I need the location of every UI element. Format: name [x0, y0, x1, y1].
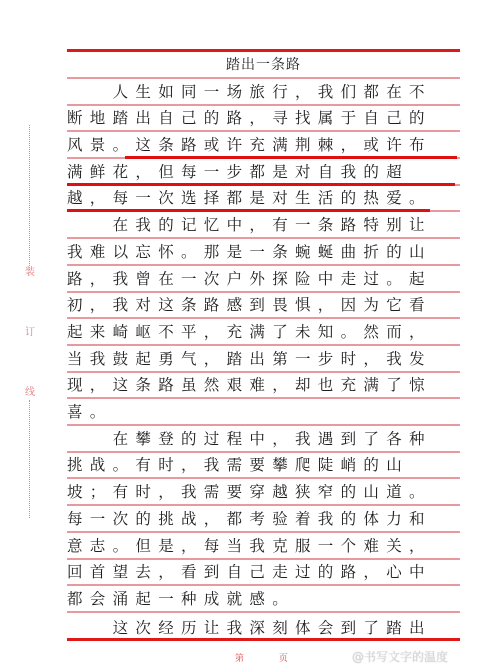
text-line-12: 现，这条路虽然艰难，却也充满了惊 [67, 373, 460, 400]
text-line-3: 风景。这条路或许充满荆棘，或许布 [67, 132, 460, 159]
binding-dotted-line-bottom [29, 400, 30, 518]
text-line-14: 在攀登的过程中，我遇到了各种 [67, 426, 460, 453]
text-line-4: 满鲜花，但每一步都是对自我的超 [67, 159, 460, 186]
text-line-17: 每一次的挑战，都考验着我的体力和 [67, 506, 460, 533]
text-line-19: 回首望去，看到自己走过的路，心中 [67, 560, 460, 587]
text-line-9: 初，我对这条路感到畏惧，因为它看 [67, 293, 460, 320]
binding-mark-zhuang: 装 [22, 263, 38, 278]
text-line-11: 当我鼓起勇气，踏出第一步时，我发 [67, 346, 460, 373]
binding-mark-xian: 线 [22, 383, 38, 398]
text-line-20: 都会涌起一种成就感。 [67, 586, 460, 613]
text-line-13: 喜。 [67, 399, 460, 426]
text-line-5: 越，每一次选择都是对生活的热爱。 [67, 186, 460, 213]
binding-mark-ding: 订 [22, 323, 38, 338]
text-line-2: 断地踏出自己的路，寻找属于自己的 [67, 106, 460, 133]
text-line-10: 起来崎岖不平，充满了未知。然而， [67, 319, 460, 346]
text-line-8: 路，我曾在一次户外探险中走过。起 [67, 266, 460, 293]
text-line-18: 意志。但是，每当我克服一个难关， [67, 533, 460, 560]
page-number-label: 第 页 [235, 651, 304, 664]
text-line-15: 挑战。有时，我需要攀爬陡峭的山 [67, 453, 460, 480]
text-line-6: 在我的记忆中，有一条路特别让 [67, 213, 460, 240]
bottom-thick-rule [67, 638, 460, 641]
watermark: @书写文字的温度 [352, 648, 448, 665]
title-row-rule [67, 52, 460, 79]
text-line-1: 人生如同一场旅行，我们都在不 [67, 79, 460, 106]
binding-margin: 装 订 线 [22, 0, 38, 668]
text-line-16: 坡；有时，我需要穿越狭窄的山道。 [67, 480, 460, 507]
text-line-21: 这次经历让我深刻体会到了踏出 [67, 613, 460, 640]
binding-dotted-line-top [29, 125, 30, 270]
text-line-7: 我难以忘怀。那是一条蜿蜒曲折的山 [67, 239, 460, 266]
